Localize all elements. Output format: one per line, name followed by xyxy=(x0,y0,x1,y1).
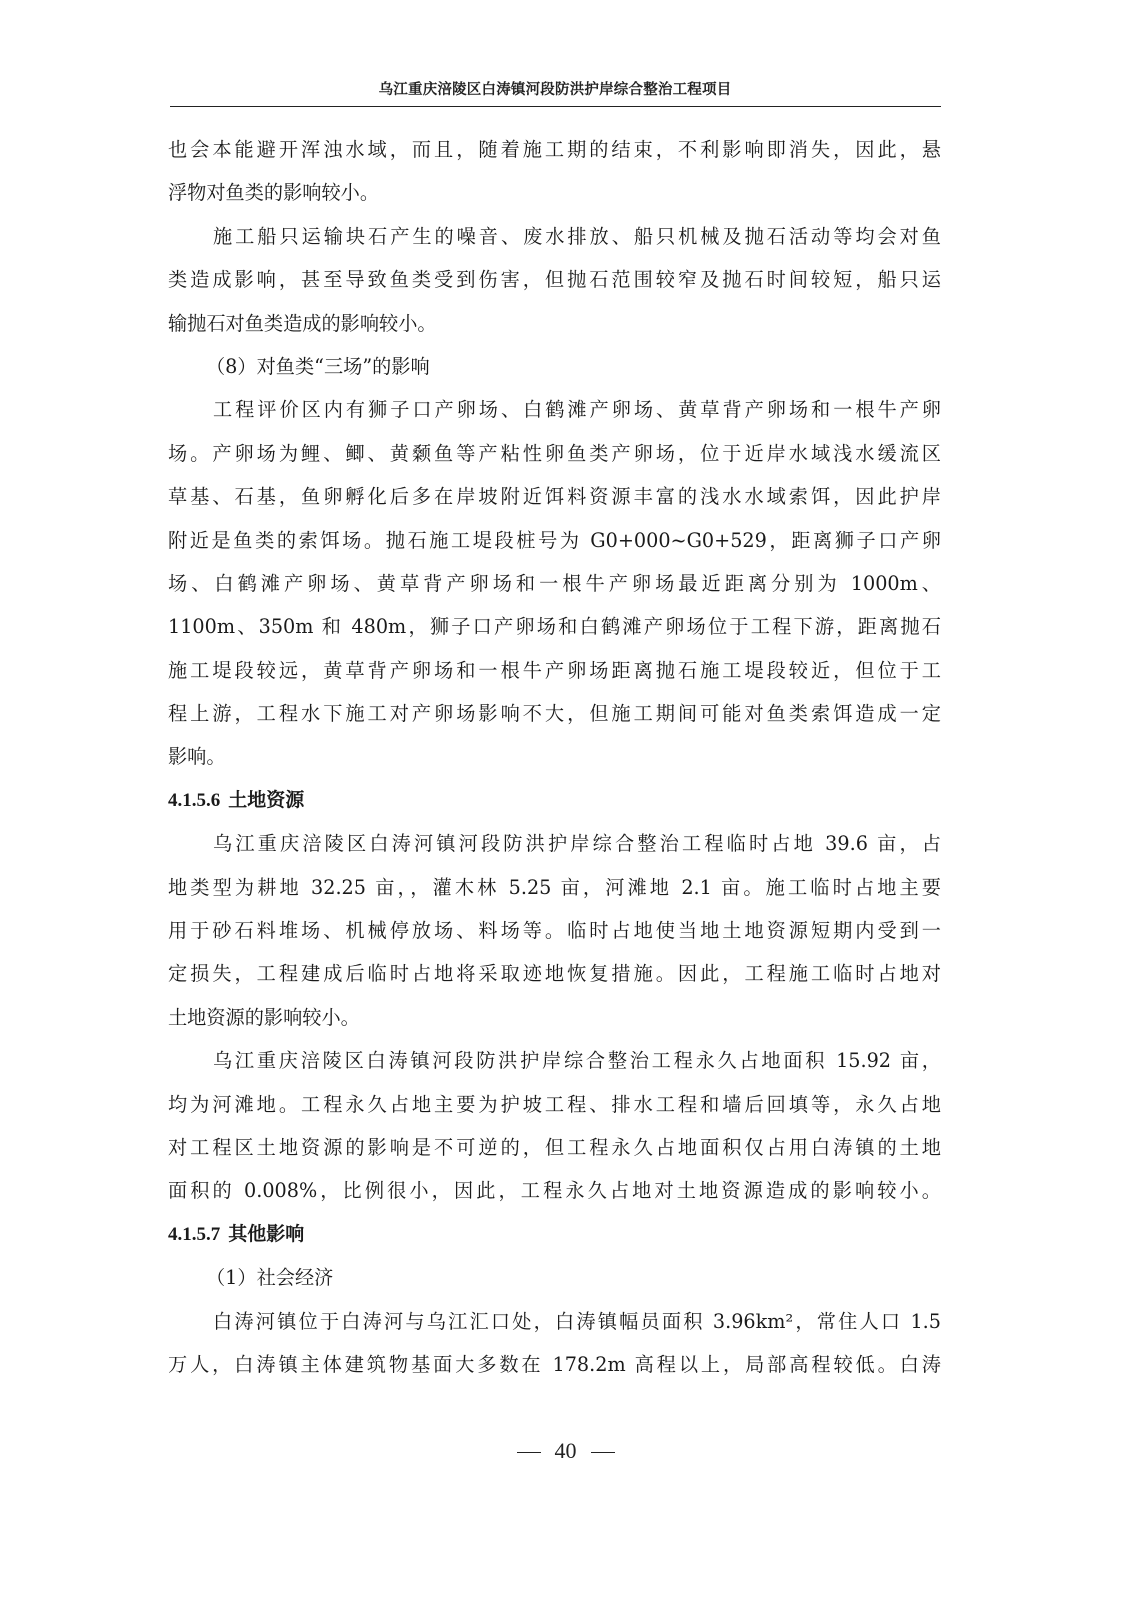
section-number: 4.1.5.7 xyxy=(168,1224,220,1245)
section-number: 4.1.5.6 xyxy=(168,790,220,811)
text-line: 土地资源的影响较小。 xyxy=(168,996,941,1039)
paragraph: 乌江重庆涪陵区白涛镇河段防洪护岸综合整治工程永久占地面积 15.92 亩， 均为… xyxy=(168,1039,941,1213)
text-line: 工程评价区内有狮子口产卵场、白鹤滩产卵场、黄草背产卵场和一根牛产卵 xyxy=(168,388,941,431)
text-line: 影响。 xyxy=(168,735,941,778)
dash-decoration xyxy=(517,1452,541,1453)
text-line: 地类型为耕地 32.25 亩，，灌木林 5.25 亩，河滩地 2.1 亩。施工临… xyxy=(168,866,941,909)
text-line: 对工程区土地资源的影响是不可逆的，但工程永久占地面积仅占用白涛镇的土地 xyxy=(168,1126,941,1169)
text-line: 附近是鱼类的索饵场。抛石施工堤段桩号为 G0+000~G0+529，距离狮子口产… xyxy=(168,519,941,562)
text-line: 万人，白涛镇主体建筑物基面大多数在 178.2m 高程以上，局部高程较低。白涛 xyxy=(168,1343,941,1386)
paragraph: 工程评价区内有狮子口产卵场、白鹤滩产卵场、黄草背产卵场和一根牛产卵 场。产卵场为… xyxy=(168,388,941,779)
section-title: 其他影响 xyxy=(228,1224,304,1245)
text-line: 乌江重庆涪陵区白涛镇河段防洪护岸综合整治工程永久占地面积 15.92 亩， xyxy=(168,1039,941,1082)
document-body: 也会本能避开浑浊水域，而且，随着施工期的结束，不利影响即消失，因此，悬 浮物对鱼… xyxy=(168,128,941,1386)
text-line: 程上游，工程水下施工对产卵场影响不大，但施工期间可能对鱼类索饵造成一定 xyxy=(168,692,941,735)
text-line: 施工船只运输块石产生的噪音、废水排放、船只机械及抛石活动等均会对鱼 xyxy=(168,215,941,258)
page-number: 40 xyxy=(555,1438,577,1463)
text-line: 输抛石对鱼类造成的影响较小。 xyxy=(168,302,941,345)
subheading-social-economy: （1）社会经济 xyxy=(168,1256,941,1299)
text-line: 1100m、350m 和 480m，狮子口产卵场和白鹤滩产卵场位于工程下游，距离… xyxy=(168,605,941,648)
paragraph: 乌江重庆涪陵区白涛河镇河段防洪护岸综合整治工程临时占地 39.6 亩，占 地类型… xyxy=(168,822,941,1039)
text-line: 浮物对鱼类的影响较小。 xyxy=(168,171,941,214)
subheading-fish-three-grounds: （8）对鱼类“三场”的影响 xyxy=(168,345,941,388)
section-heading-land-resources: 4.1.5.6土地资源 xyxy=(168,779,941,822)
text-line: 白涛河镇位于白涛河与乌江汇口处，白涛镇幅员面积 3.96km²，常住人口 1.5 xyxy=(168,1300,941,1343)
text-line: 乌江重庆涪陵区白涛河镇河段防洪护岸综合整治工程临时占地 39.6 亩，占 xyxy=(168,822,941,865)
text-line: 场。产卵场为鲤、鲫、黄颡鱼等产粘性卵鱼类产卵场，位于近岸水域浅水缓流区 xyxy=(168,432,941,475)
paragraph: 施工船只运输块石产生的噪音、废水排放、船只机械及抛石活动等均会对鱼 类造成影响，… xyxy=(168,215,941,345)
paragraph: 也会本能避开浑浊水域，而且，随着施工期的结束，不利影响即消失，因此，悬 浮物对鱼… xyxy=(168,128,941,215)
text-line: 均为河滩地。工程永久占地主要为护坡工程、排水工程和墙后回填等，永久占地 xyxy=(168,1083,941,1126)
header-divider xyxy=(170,106,941,107)
paragraph: 白涛河镇位于白涛河与乌江汇口处，白涛镇幅员面积 3.96km²，常住人口 1.5… xyxy=(168,1300,941,1387)
dash-decoration xyxy=(591,1452,615,1453)
text-line: 面积的 0.008%，比例很小，因此，工程永久占地对土地资源造成的影响较小。 xyxy=(168,1169,941,1212)
text-line: 用于砂石料堆场、机械停放场、料场等。临时占地使当地土地资源短期内受到一 xyxy=(168,909,941,952)
section-title: 土地资源 xyxy=(228,790,304,811)
text-line: 场、白鹤滩产卵场、黄草背产卵场和一根牛产卵场最近距离分别为 1000m、 xyxy=(168,562,941,605)
section-heading-other-impacts: 4.1.5.7其他影响 xyxy=(168,1213,941,1256)
text-line: 施工堤段较远，黄草背产卵场和一根牛产卵场距离抛石施工堤段较近，但位于工 xyxy=(168,649,941,692)
text-line: 类造成影响，甚至导致鱼类受到伤害，但抛石范围较窄及抛石时间较短，船只运 xyxy=(168,258,941,301)
text-line: 也会本能避开浑浊水域，而且，随着施工期的结束，不利影响即消失，因此，悬 xyxy=(168,128,941,171)
running-header: 乌江重庆涪陵区白涛镇河段防洪护岸综合整治工程项目 xyxy=(170,78,940,99)
page-footer: 40 xyxy=(0,1438,1131,1464)
text-line: 草基、石基，鱼卵孵化后多在岸坡附近饵料资源丰富的浅水水域索饵，因此护岸 xyxy=(168,475,941,518)
text-line: 定损失，工程建成后临时占地将采取迹地恢复措施。因此，工程施工临时占地对 xyxy=(168,952,941,995)
